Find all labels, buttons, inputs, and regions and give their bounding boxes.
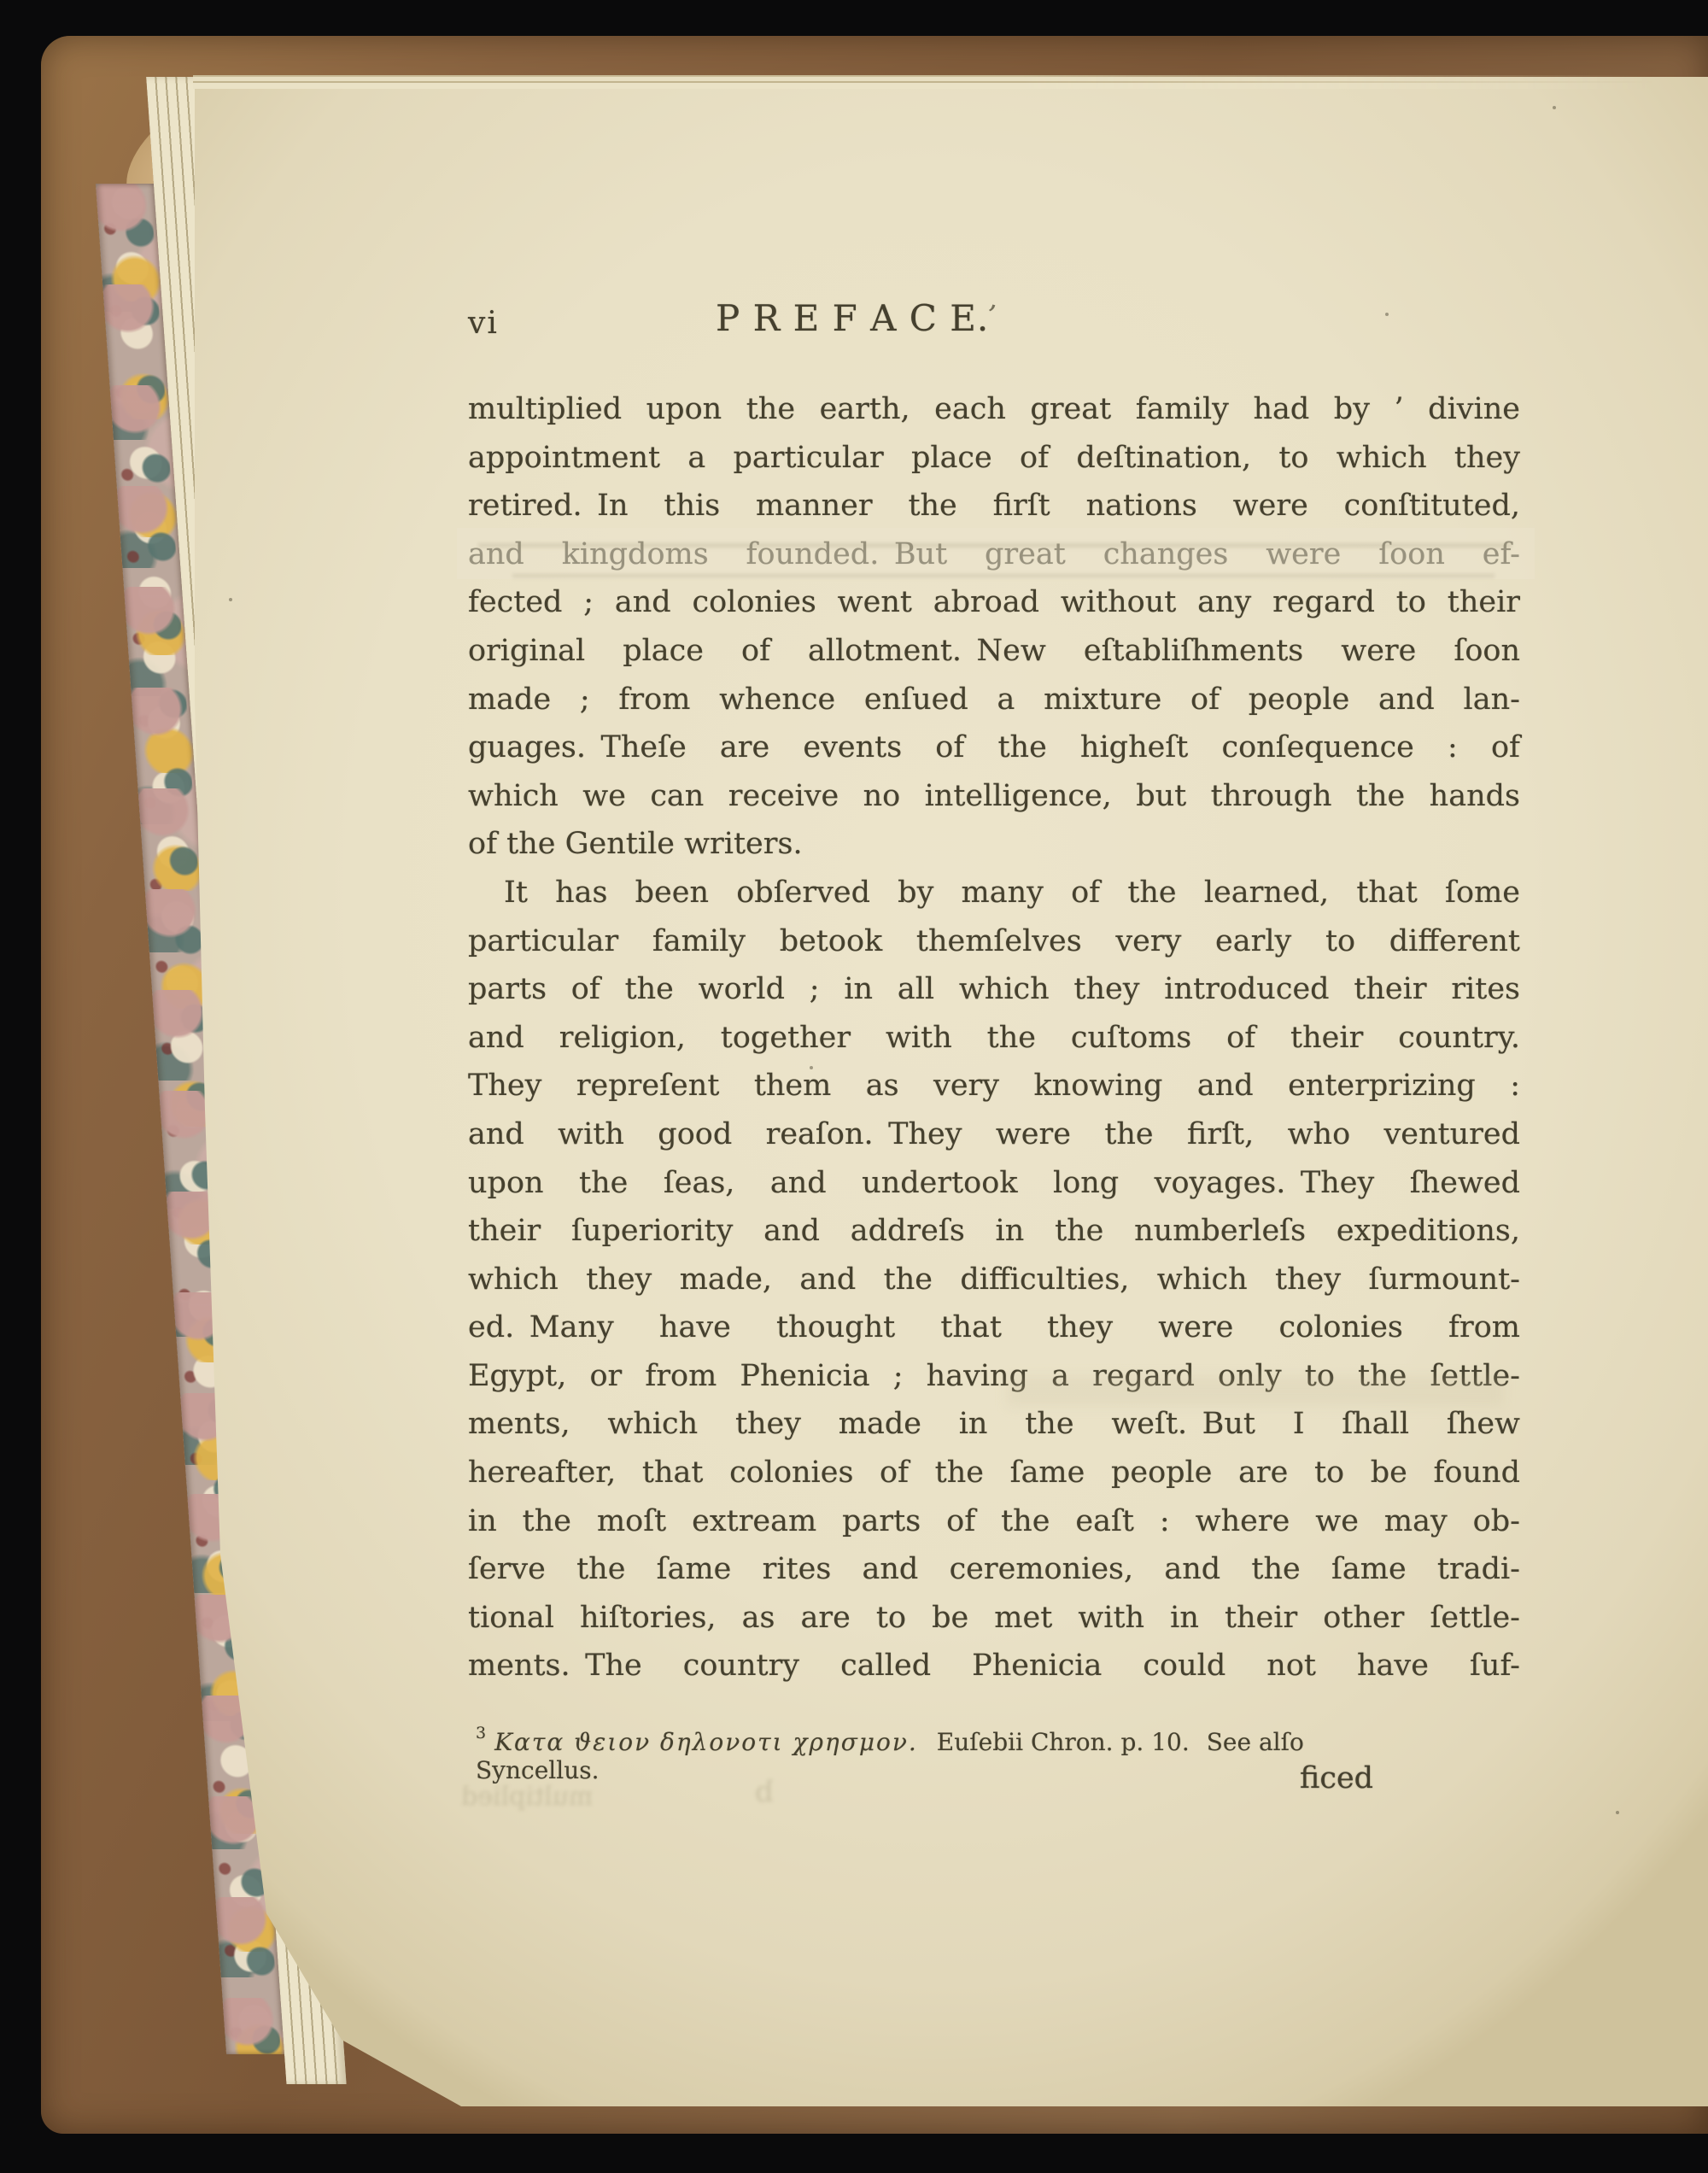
text-line: their ſuperiority and addreſs in the num… bbox=[468, 1207, 1520, 1256]
scan-streak bbox=[478, 543, 1512, 548]
body-text: multiplied upon the earth, each great fa… bbox=[468, 385, 1520, 1690]
text-line: ments. The country called Phenicia could… bbox=[468, 1642, 1520, 1690]
text-line: They repreſent them as very knowing and … bbox=[468, 1062, 1520, 1110]
text-line: multiplied upon the earth, each great fa… bbox=[468, 385, 1520, 434]
showthrough-ghost-text: multiplied bbox=[461, 1782, 593, 1812]
text-line: retired. In this manner the firſt nation… bbox=[468, 482, 1520, 530]
footnote: 3Κατα ϑειον δηλονοτι χρησμον.Euſebii Chr… bbox=[476, 1724, 1415, 1784]
catchword: ficed bbox=[1300, 1761, 1373, 1795]
page-number: vi bbox=[468, 306, 499, 341]
text-line: and kingdoms founded. But great changes … bbox=[468, 530, 1520, 579]
text-line: which we can receive no intelligence, bu… bbox=[468, 772, 1520, 821]
text-line: upon the ſeas, and undertook long voyage… bbox=[468, 1159, 1520, 1208]
text-line: particular family betook themſelves very… bbox=[468, 917, 1520, 966]
text-line: tional hiſtories, as are to be met with … bbox=[468, 1594, 1520, 1643]
text-line: appointment a particular place of deſtin… bbox=[468, 434, 1520, 483]
dust-speck bbox=[1616, 1811, 1619, 1814]
text-line: of the Gentile writers. bbox=[468, 820, 1520, 869]
footnote-marker: 3 bbox=[476, 1724, 486, 1742]
page-top-edges bbox=[193, 75, 1701, 89]
running-title: P R E F A C E. bbox=[716, 297, 989, 339]
text-line: parts of the world ; in all which they i… bbox=[468, 965, 1520, 1014]
text-line: ed. Many have thought that they were col… bbox=[468, 1303, 1520, 1352]
dust-speck bbox=[810, 1066, 813, 1069]
scan-streak bbox=[1008, 1377, 1503, 1406]
footnote-citation: Euſebii Chron. p. 10. bbox=[937, 1728, 1190, 1756]
text-line: guages. Theſe are events of the higheſt … bbox=[468, 723, 1520, 772]
photo-backdrop: { "photo": { "backdrop_color": "#0a0a0b"… bbox=[0, 0, 1708, 2173]
text-line: hereafter, that colonies of the ſame peo… bbox=[468, 1449, 1520, 1497]
text-line: It has been obſerved by many of the lear… bbox=[468, 869, 1520, 917]
text-line: ments, which they made in the weſt. But … bbox=[468, 1400, 1520, 1449]
text-line: and with good reaſon. They were the firſ… bbox=[468, 1110, 1520, 1159]
text-line: ſerve the ſame rites and ceremonies, and… bbox=[468, 1545, 1520, 1594]
text-line: original place of allotment. New eſtabli… bbox=[468, 627, 1520, 676]
text-line: which they made, and the difficulties, w… bbox=[468, 1256, 1520, 1304]
scan-streak bbox=[512, 574, 1494, 577]
text-line: made ; from whence enſued a mixture of p… bbox=[468, 676, 1520, 724]
text-line: in the moſt extream parts of the eaſt : … bbox=[468, 1497, 1520, 1546]
text-line: fected ; and colonies went abroad withou… bbox=[468, 578, 1520, 627]
text-line: and religion, together with the cuſtoms … bbox=[468, 1014, 1520, 1063]
dust-speck bbox=[1553, 106, 1556, 109]
dust-speck bbox=[1385, 313, 1389, 316]
footnote-greek-text: Κατα ϑειον δηλονοτι χρησμον. bbox=[494, 1728, 918, 1756]
dust-speck bbox=[229, 598, 232, 601]
